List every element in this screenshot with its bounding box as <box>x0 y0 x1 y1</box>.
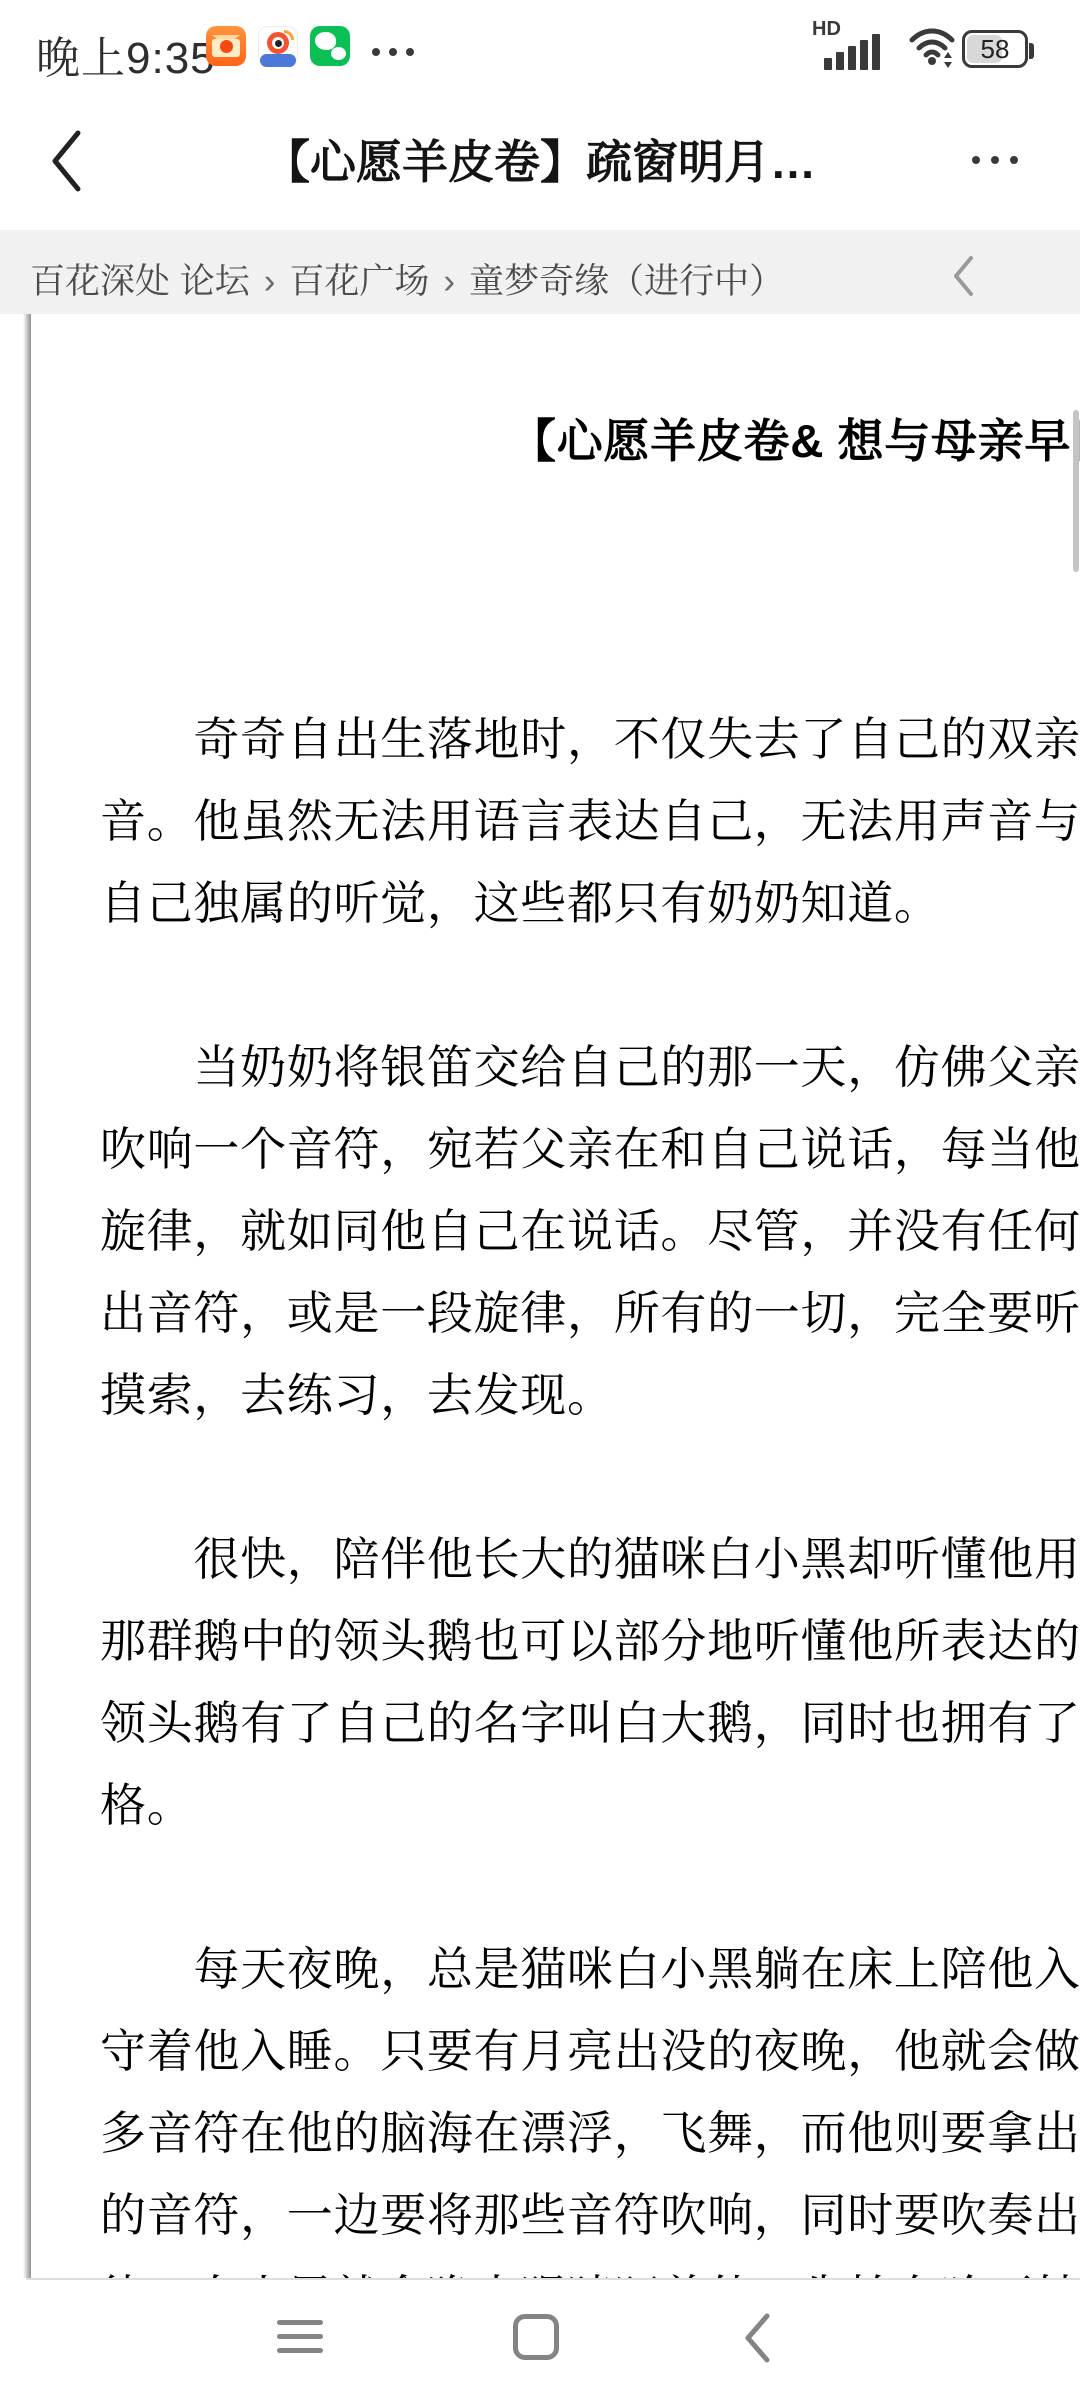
back-icon[interactable] <box>48 128 84 199</box>
breadcrumb-item-thread[interactable]: 童梦奇缘（进行中） <box>469 262 784 301</box>
text-line: 很快，陪伴他长大的猫咪白小黑却听懂他用 <box>100 1518 1080 1600</box>
page-title: 【心愿羊皮卷】疏窗明月… <box>140 126 940 192</box>
red-envelope-app-icon <box>206 26 246 66</box>
paragraph-2: 当奶奶将银笛交给自己的那一天，仿佛父亲 吹响一个音符，宛若父亲在和自己说话，每当… <box>100 1026 1080 1436</box>
more-notifications-icon <box>372 48 414 56</box>
wechat-app-icon <box>310 26 350 66</box>
breadcrumb-item-plaza[interactable]: 百花广场 <box>289 262 429 301</box>
home-icon[interactable] <box>513 2314 559 2360</box>
cellular-signal-icon: HD <box>812 18 898 70</box>
battery-icon: 58 <box>962 30 1028 68</box>
wifi-icon <box>908 24 960 75</box>
text-line: 领头鹅有了自己的名字叫白大鹅，同时也拥有了 <box>100 1682 1080 1764</box>
breadcrumb-separator: › <box>264 262 276 301</box>
text-line: 律，白小黑就会睁大眼睛盯着他，生怕有啥不妙 <box>100 2256 1080 2278</box>
text-line: 的音符，一边要将那些音符吹响，同时要吹奏出 <box>100 2174 1080 2256</box>
breadcrumb-bar: 百花深处 论坛›百花广场›童梦奇缘（进行中） <box>0 230 1080 314</box>
text-line: 当奶奶将银笛交给自己的那一天，仿佛父亲 <box>100 1026 1080 1108</box>
weibo-app-icon <box>258 26 298 66</box>
breadcrumb: 百花深处 论坛›百花广场›童梦奇缘（进行中） <box>30 254 784 304</box>
collapse-chevron-icon[interactable] <box>950 254 976 303</box>
system-back-icon[interactable] <box>742 2312 772 2369</box>
post-title: 【心愿羊皮卷& 想与母亲早日 <box>100 400 1080 482</box>
paragraph-4: 每天夜晚，总是猫咪白小黑躺在床上陪他入 守着他入睡。只要有月亮出没的夜晚，他就会… <box>100 1928 1080 2278</box>
text-line: 出音符，或是一段旋律，所有的一切，完全要听 <box>100 1272 1080 1354</box>
text-line: 旋律，就如同他自己在说话。尽管，并没有任何 <box>100 1190 1080 1272</box>
text-line: 多音符在他的脑海在漂浮，飞舞，而他则要拿出 <box>100 2092 1080 2174</box>
scrollbar-thumb[interactable] <box>1073 410 1079 572</box>
paragraph-3: 很快，陪伴他长大的猫咪白小黑却听懂他用 那群鹅中的领头鹅也可以部分地听懂他所表达… <box>100 1518 1080 1846</box>
breadcrumb-item-forum[interactable]: 百花深处 论坛 <box>30 262 250 301</box>
menu-icon[interactable] <box>277 2320 323 2353</box>
text-line: 自己独属的听觉，这些都只有奶奶知道。 <box>100 862 1080 944</box>
battery-percent: 58 <box>965 34 1025 65</box>
status-bar: 晚上9:35 HD <box>0 0 1080 92</box>
document-viewport[interactable]: 【心愿羊皮卷& 想与母亲早日 奇奇自出生落地时，不仅失去了自己的双亲 音。他虽然… <box>0 314 1080 2278</box>
page-left-edge <box>23 314 31 2278</box>
text-line: 格。 <box>100 1764 1080 1846</box>
text-line: 奇奇自出生落地时，不仅失去了自己的双亲 <box>100 698 1080 780</box>
text-line: 守着他入睡。只要有月亮出没的夜晚，他就会做 <box>100 2010 1080 2092</box>
document-page: 【心愿羊皮卷& 想与母亲早日 奇奇自出生落地时，不仅失去了自己的双亲 音。他虽然… <box>100 314 1080 2278</box>
paragraph-1: 奇奇自出生落地时，不仅失去了自己的双亲 音。他虽然无法用语言表达自己，无法用声音… <box>100 698 1080 944</box>
clock-time: 晚上9:35 <box>36 22 216 86</box>
system-nav-bar <box>0 2280 1080 2400</box>
text-line: 音。他虽然无法用语言表达自己，无法用声音与 <box>100 780 1080 862</box>
app-nav-bar: 【心愿羊皮卷】疏窗明月… <box>0 92 1080 230</box>
more-menu-icon[interactable] <box>972 156 1018 164</box>
breadcrumb-separator: › <box>443 262 455 301</box>
text-line: 吹响一个音符，宛若父亲在和自己说话，每当他 <box>100 1108 1080 1190</box>
phone-screen: 晚上9:35 HD <box>0 0 1080 2400</box>
text-line: 每天夜晚，总是猫咪白小黑躺在床上陪他入 <box>100 1928 1080 2010</box>
text-line: 那群鹅中的领头鹅也可以部分地听懂他所表达的 <box>100 1600 1080 1682</box>
text-line: 摸索，去练习，去发现。 <box>100 1354 1080 1436</box>
